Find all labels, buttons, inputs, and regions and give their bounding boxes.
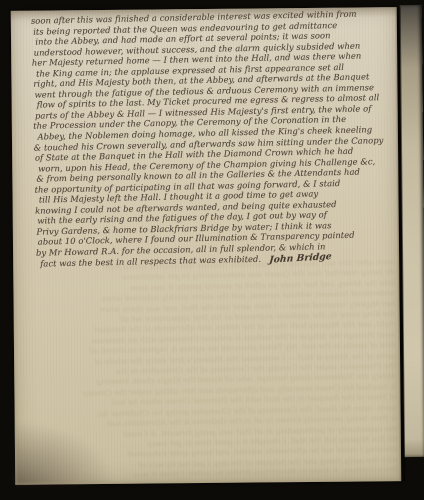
photo-backdrop: { "colors": { "backdrop": "#0d0b08", "pa… (0, 0, 424, 500)
bleed-line: her Majesty returned home — I then went … (17, 299, 395, 317)
bleed-line: the King came in; the applause expressed… (17, 309, 395, 327)
bleed-line: its being reported that the Queen was en… (16, 268, 394, 286)
bleed-line: the Procession under the Canopy, the Cer… (18, 361, 396, 379)
bleed-line: flow of spirits to the last. My Ticket p… (18, 340, 396, 358)
signature: John Bridge (269, 252, 332, 266)
bleed-line: Abbey, the Noblemen doing homage, who al… (18, 372, 396, 390)
bleed-line: right, and His Majesty both then, at the… (17, 320, 395, 338)
bleed-line: of State at the Banquet in the Hall with… (19, 392, 397, 410)
photograph: soon after this was finished a considera… (0, 0, 424, 500)
bleed-line: worn, upon his Head, the Ceremony of the… (19, 403, 397, 421)
bleed-line: parts of the Abbey & Hall — I witnessed … (18, 351, 396, 369)
letter-text: soon after this was finished a considera… (31, 8, 400, 270)
bleed-line: understood however, without success, and… (17, 288, 395, 306)
manuscript-page: soon after this was finished a considera… (11, 7, 402, 485)
corner-shadow (15, 420, 116, 485)
bleed-line: into the Abbey, and had made an effort a… (16, 278, 394, 296)
bleed-line: went through the fatigue of the tedious … (18, 330, 396, 348)
bleed-line: & touched his Crown severally, and after… (19, 382, 397, 400)
